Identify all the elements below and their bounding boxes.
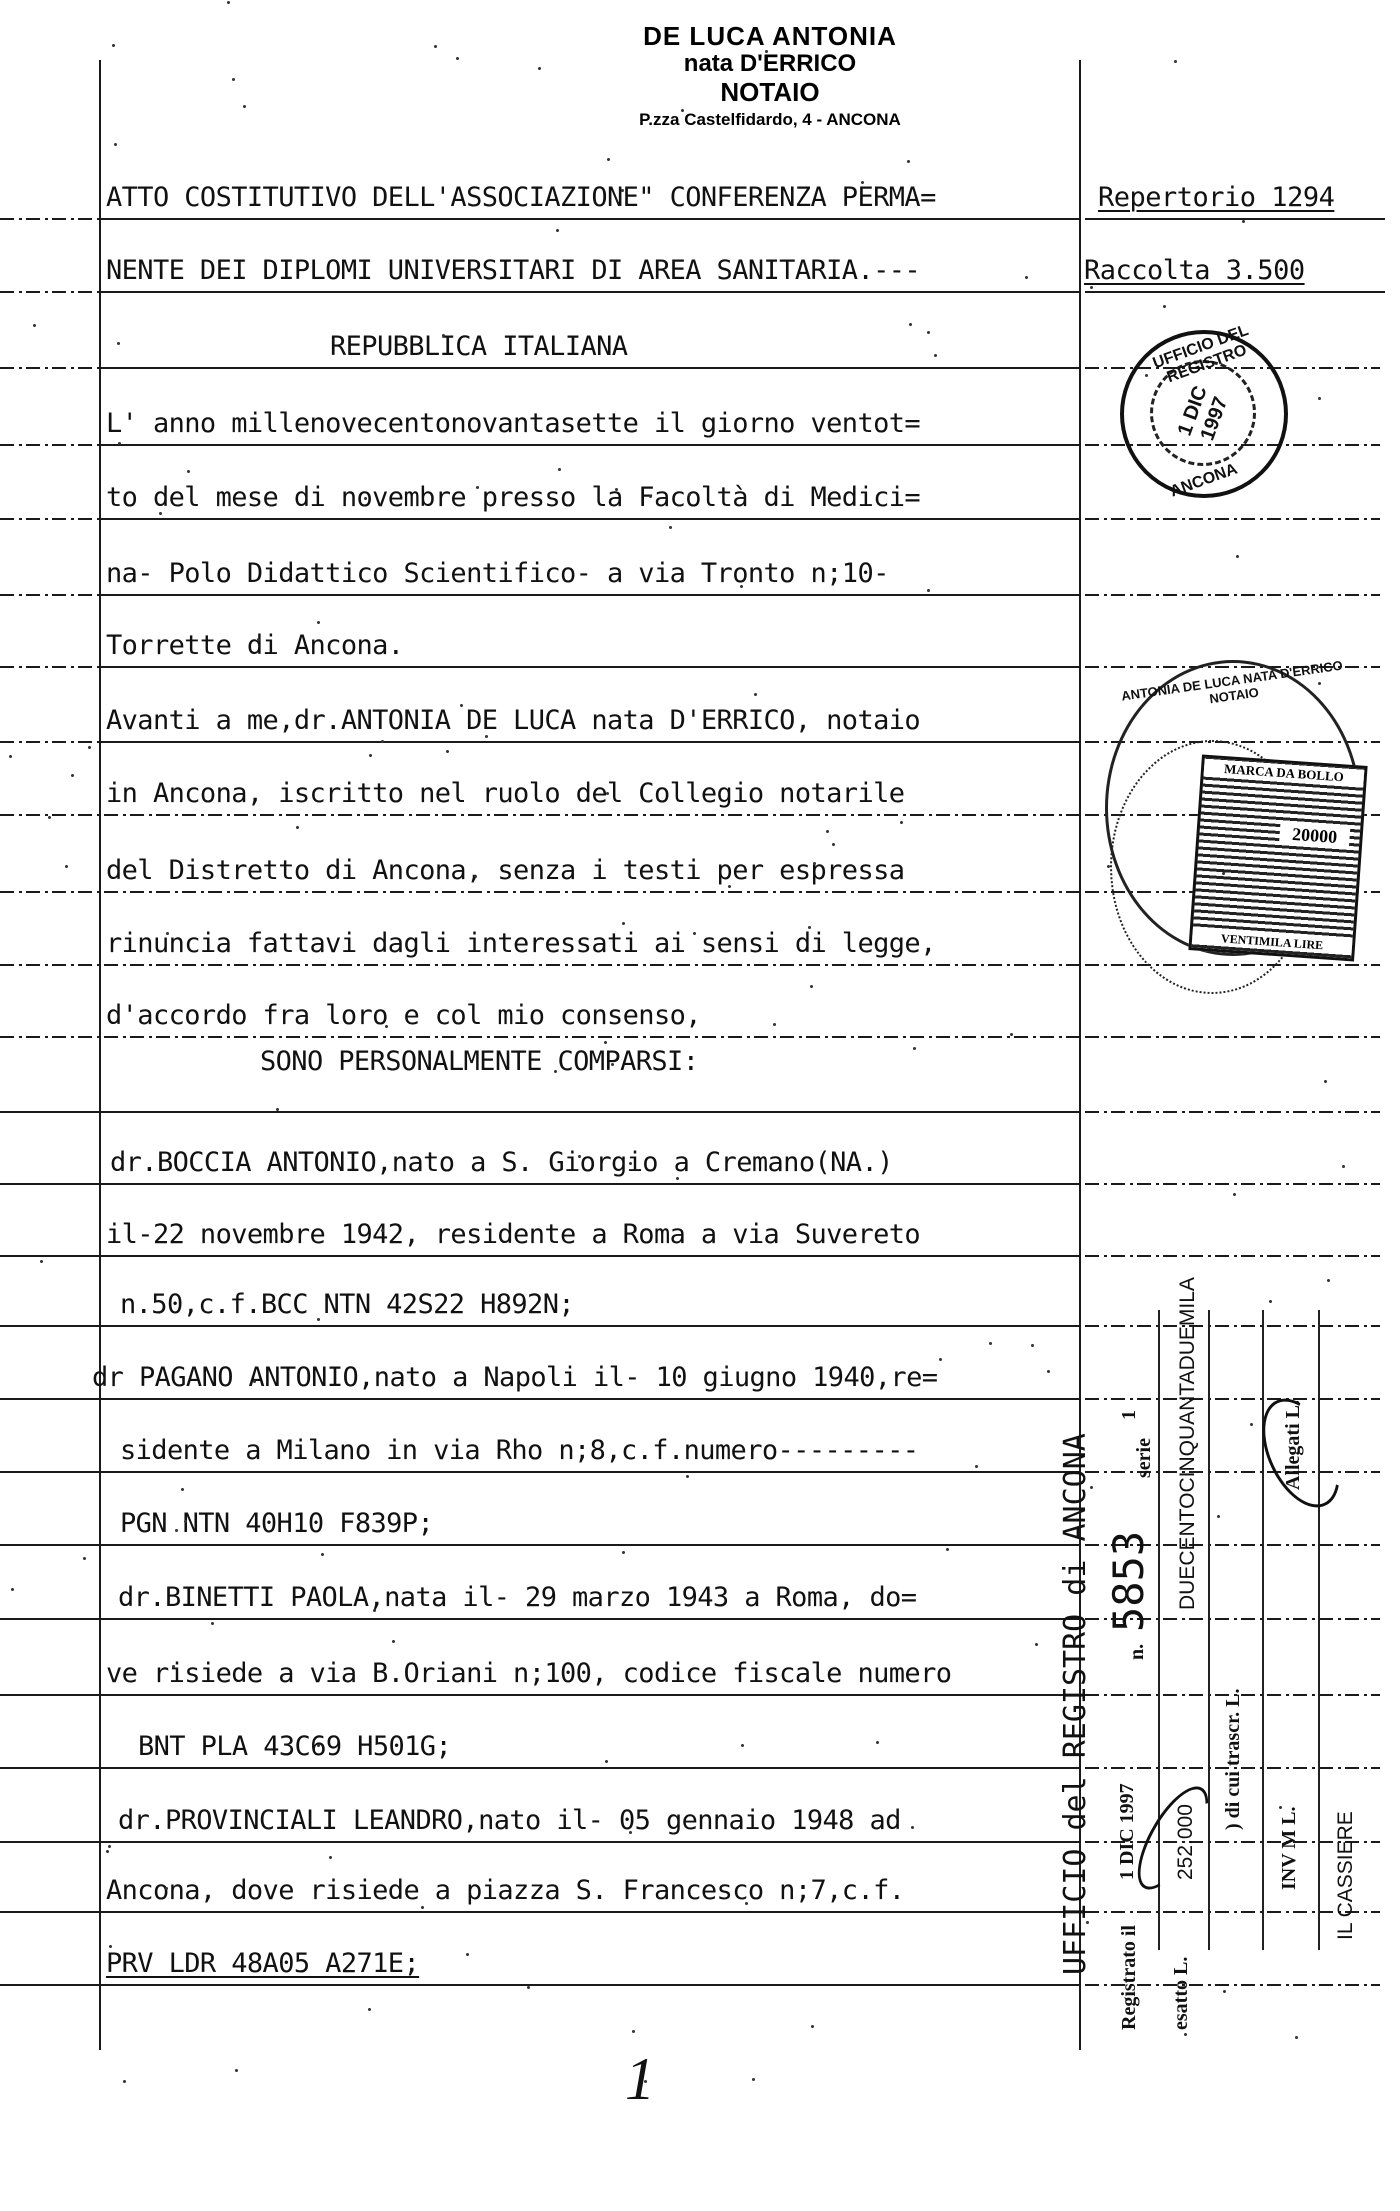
rule-line <box>1085 1255 1380 1257</box>
party-line: sidente a Milano in via Rho n;8,c.f.nume… <box>120 1435 918 1466</box>
speck <box>317 1318 320 1321</box>
rule-line <box>100 218 1080 220</box>
speck <box>118 442 121 445</box>
speck <box>392 1640 395 1643</box>
rule-line <box>0 1767 1080 1769</box>
party-line: dr PAGANO ANTONIO,nato a Napoli il- 10 g… <box>92 1362 937 1393</box>
party-line: Ancona, dove risiede a piazza S. Frances… <box>106 1875 904 1906</box>
rule-line <box>0 218 100 220</box>
rule-line <box>1085 1325 1380 1327</box>
speck <box>554 1070 557 1073</box>
rule-line <box>1085 218 1385 220</box>
speck <box>681 109 684 112</box>
rule-line <box>0 1618 1080 1620</box>
body-line: Torrette di Ancona. <box>106 630 403 661</box>
rule-line <box>0 1036 1080 1038</box>
speck <box>114 143 117 146</box>
repertorio-number: Repertorio 1294 <box>1098 182 1334 213</box>
speck <box>605 1760 608 1763</box>
speck <box>106 1850 109 1853</box>
revenue-stamp-words: VENTIMILA LIRE <box>1192 929 1353 954</box>
revenue-stamp-title: MARCA DA BOLLO <box>1204 760 1365 787</box>
rule-line <box>100 741 1080 743</box>
speck <box>939 1358 942 1361</box>
speck <box>876 1741 879 1744</box>
rule-line <box>0 1183 1080 1185</box>
speck <box>622 1551 625 1554</box>
speck <box>1250 1423 1253 1426</box>
rule-line <box>0 1911 1080 1913</box>
speck <box>1086 1921 1089 1924</box>
rule-line <box>0 1841 1080 1843</box>
speck <box>33 324 36 327</box>
speck <box>861 181 864 184</box>
speck <box>172 1665 175 1668</box>
speck <box>676 1177 679 1180</box>
rule-line <box>1085 518 1380 520</box>
speck <box>741 1744 744 1747</box>
speck <box>373 1609 376 1612</box>
registry-office-label: UFFICIO del REGISTRO di ANCONA <box>1058 1433 1093 1975</box>
rule-line <box>0 1984 1080 1986</box>
body-line: Avanti a me,dr.ANTONIA DE LUCA nata D'ER… <box>106 705 920 736</box>
rule-line <box>100 666 1080 668</box>
speck <box>181 1488 184 1491</box>
rule-line <box>0 1694 1080 1696</box>
speck <box>826 830 829 833</box>
speck <box>907 160 910 163</box>
amount-label: esatto L. <box>1170 1957 1193 2030</box>
rule-line <box>1085 1398 1380 1400</box>
speck <box>946 1548 949 1551</box>
speck <box>187 470 190 473</box>
body-line: del Distretto di Ancona, senza i testi p… <box>106 855 904 886</box>
speck <box>1047 1370 1050 1373</box>
speck <box>474 875 477 878</box>
speck <box>1233 1193 1236 1196</box>
speck <box>1090 1486 1093 1489</box>
speck <box>1324 1080 1327 1083</box>
speck <box>1025 276 1028 279</box>
rule-line <box>1085 594 1380 596</box>
body-line: rinuncia fattavi dagli interessati ai se… <box>106 928 936 959</box>
speck <box>227 1 230 4</box>
revenue-stamp-value: 20000 <box>1279 823 1350 849</box>
speck <box>235 2069 238 2072</box>
speck <box>1031 1344 1034 1347</box>
speck <box>728 885 731 888</box>
party-line: PRV LDR 48A05 A271E; <box>106 1948 419 1979</box>
speck <box>165 1887 168 1890</box>
speck <box>765 50 768 53</box>
speck <box>1174 60 1177 63</box>
speck <box>123 2080 126 2083</box>
registration-column-line <box>1318 1310 1320 1950</box>
section-heading-comparsi: SONO PERSONALMENTE COMPARSI: <box>260 1046 698 1077</box>
rule-line <box>0 367 100 369</box>
speck <box>644 2080 647 2083</box>
notary-stamp-maiden-name: nata D'ERRICO <box>600 50 940 78</box>
rule-line <box>1085 291 1385 293</box>
rule-line <box>0 444 100 446</box>
speck <box>276 1108 279 1111</box>
speck <box>604 1041 607 1044</box>
speck <box>900 821 903 824</box>
speck <box>65 865 68 868</box>
notary-stamp-address: P.zza Castelfidardo, 4 - ANCONA <box>600 106 940 134</box>
speck <box>421 1906 424 1909</box>
speck <box>476 486 479 489</box>
notary-stamp-name: DE LUCA ANTONIA <box>600 22 940 50</box>
speck <box>813 862 816 865</box>
speck <box>927 331 930 334</box>
rule-line <box>0 1255 1080 1257</box>
speck <box>1107 865 1110 868</box>
rule-line <box>100 291 1080 293</box>
speck <box>385 1025 388 1028</box>
speck <box>1295 2036 1298 2039</box>
speck <box>48 816 51 819</box>
series-value: 1 <box>1118 1410 1141 1420</box>
rule-line <box>100 594 1080 596</box>
speck <box>558 468 561 471</box>
speck <box>253 1380 256 1383</box>
speck <box>112 44 115 47</box>
speck <box>615 488 618 491</box>
speck <box>381 740 384 743</box>
speck <box>166 932 169 935</box>
speck <box>578 1155 581 1158</box>
speck <box>1163 305 1166 308</box>
speck <box>175 1529 178 1532</box>
speck <box>243 105 246 108</box>
body-line: d'accordo fra loro e col mio consenso, <box>106 1000 701 1031</box>
rule-line <box>0 1111 1080 1113</box>
speck <box>606 792 609 795</box>
speck <box>434 45 437 48</box>
speck <box>1035 1643 1038 1646</box>
speck <box>71 774 74 777</box>
speck <box>257 638 260 641</box>
speck <box>686 1475 689 1478</box>
speck <box>632 2030 635 2033</box>
speck <box>88 746 91 749</box>
speck <box>1145 374 1148 377</box>
speck <box>810 985 813 988</box>
rule-line <box>0 1325 1080 1327</box>
speck <box>368 2008 371 2011</box>
party-line: il-22 novembre 1942, residente a Roma a … <box>106 1219 920 1250</box>
speck <box>329 1856 332 1859</box>
speck <box>688 493 691 496</box>
speck <box>622 922 625 925</box>
speck <box>364 497 367 500</box>
speck <box>109 1945 112 1948</box>
speck <box>669 526 672 529</box>
registration-column-line <box>1262 1310 1264 1950</box>
speck <box>659 870 662 873</box>
speck <box>9 755 12 758</box>
speck <box>927 589 930 592</box>
registration-column-line <box>1208 1310 1210 1950</box>
speck <box>607 158 610 161</box>
party-line: dr.BINETTI PAOLA,nata il- 29 marzo 1943 … <box>118 1582 916 1613</box>
speck <box>1217 1515 1220 1518</box>
revenue-stamp: MARCA DA BOLLO 20000 VENTIMILA LIRE <box>1188 754 1367 961</box>
speck <box>1318 397 1321 400</box>
speck <box>754 693 757 696</box>
speck <box>456 57 459 60</box>
registered-label: Registrato il <box>1118 1925 1141 2030</box>
speck <box>296 826 299 829</box>
body-line: in Ancona, iscritto nel ruolo del Colleg… <box>106 778 904 809</box>
speck <box>466 1953 469 1956</box>
left-margin-line <box>99 60 101 2050</box>
speck <box>83 1557 86 1560</box>
rule-line <box>100 518 1080 520</box>
notary-stamp: DE LUCA ANTONIA nata D'ERRICO NOTAIO P.z… <box>600 22 940 134</box>
speck <box>1279 1806 1282 1809</box>
speck <box>1223 1990 1226 1993</box>
speck <box>1222 872 1225 875</box>
rule-line <box>0 666 100 668</box>
cashier-label: IL CASSIERE <box>1334 1811 1358 1940</box>
speck <box>40 1260 43 1263</box>
notary-stamp-title: NOTAIO <box>600 78 940 106</box>
speck <box>117 342 120 345</box>
speck <box>1342 1165 1345 1168</box>
speck <box>649 495 652 498</box>
speck <box>1327 1279 1330 1282</box>
rule-line <box>1085 1183 1380 1185</box>
notarial-deed-page: DE LUCA ANTONIA nata D'ERRICO NOTAIO P.z… <box>0 0 1400 2211</box>
speck <box>693 932 696 935</box>
rule-line <box>100 444 1080 446</box>
registered-date: 1 DIC 1997 <box>1116 1783 1139 1880</box>
speck <box>317 621 320 624</box>
amount-words: DUECENTOCINQUANTADUEMILA <box>1176 1277 1200 1610</box>
title-line-2: NENTE DEI DIPLOMI UNIVERSITARI DI AREA S… <box>106 255 920 286</box>
speck <box>808 926 811 929</box>
raccolta-number: Raccolta 3.500 <box>1084 255 1305 286</box>
speck <box>1236 555 1239 558</box>
speck <box>740 585 743 588</box>
speck <box>752 2078 755 2081</box>
speck <box>1318 682 1321 685</box>
page-mark: 1 <box>625 2045 655 2114</box>
rule-line <box>100 367 1080 369</box>
speck <box>621 189 624 192</box>
speck <box>1010 1033 1013 1036</box>
title-line-1: ATTO COSTITUTIVO DELL'ASSOCIAZIONE" CONF… <box>106 182 936 213</box>
speck <box>629 1831 632 1834</box>
speck <box>108 1845 111 1848</box>
rule-line <box>0 1471 1080 1473</box>
rule-line <box>0 891 1080 893</box>
speck <box>629 1162 632 1165</box>
speck <box>321 1553 324 1556</box>
transcription-label: ) di cui trascr. L. <box>1222 1689 1245 1830</box>
inv-label: INV M L. <box>1278 1806 1301 1890</box>
speck <box>1090 286 1093 289</box>
speck <box>1269 1300 1272 1303</box>
speck <box>913 1047 916 1050</box>
party-line: PGN NTN 40H10 F839P; <box>120 1508 433 1539</box>
speck <box>832 843 835 846</box>
rule-line <box>0 741 100 743</box>
speck <box>811 2025 814 2028</box>
speck <box>317 1744 320 1747</box>
rule-line <box>1085 1111 1380 1113</box>
speck <box>611 1063 614 1066</box>
body-line: na- Polo Didattico Scientifico- a via Tr… <box>106 558 889 589</box>
speck <box>460 704 463 707</box>
registry-round-stamp: UFFICIO DEL REGISTRO ANCONA 1 DIC 1997 <box>1120 330 1288 498</box>
rule-line <box>0 814 1080 816</box>
party-line: dr.BOCCIA ANTONIO,nato a S. Giorgio a Cr… <box>110 1147 893 1178</box>
speck <box>11 1588 14 1591</box>
party-line: n.50,c.f.BCC NTN 42S22 H892N; <box>120 1289 574 1320</box>
speck <box>909 323 912 326</box>
speck <box>745 1902 748 1905</box>
body-line: L' anno millenovecentonovantasette il gi… <box>106 408 920 439</box>
speck <box>934 354 937 357</box>
speck <box>911 1826 914 1829</box>
speck <box>975 1465 978 1468</box>
party-line: BNT PLA 43C69 H501G; <box>138 1731 451 1762</box>
speck <box>556 229 559 232</box>
speck <box>538 67 541 70</box>
rule-line <box>0 518 100 520</box>
speck <box>989 1342 992 1345</box>
speck <box>211 1622 214 1625</box>
rule-line <box>0 1398 1080 1400</box>
speck <box>159 512 162 515</box>
speck <box>485 735 488 738</box>
republic-heading: REPUBBLICA ITALIANA <box>330 331 627 362</box>
speck <box>446 750 449 753</box>
speck <box>773 1023 776 1026</box>
party-line: dr.PROVINCIALI LEANDRO,nato il- 05 genna… <box>118 1805 901 1836</box>
party-line: ve risiede a via B.Oriani n;100, codice … <box>106 1658 951 1689</box>
rule-line <box>0 1544 1080 1546</box>
registration-number: 5853 <box>1104 1531 1153 1632</box>
speck <box>184 1520 187 1523</box>
rule-line <box>0 594 100 596</box>
body-line: to del mese di novembre presso la Facolt… <box>106 482 920 513</box>
speck <box>527 1986 530 1989</box>
rule-line <box>0 291 100 293</box>
speck <box>1184 2033 1187 2036</box>
rule-line <box>0 964 1080 966</box>
speck <box>442 334 445 337</box>
speck <box>369 754 372 757</box>
rule-line <box>1085 1036 1380 1038</box>
speck <box>232 78 235 81</box>
speck <box>1242 220 1245 223</box>
series-label: serie <box>1133 1438 1156 1478</box>
speck <box>381 1229 384 1232</box>
number-prefix: n. <box>1126 1644 1149 1660</box>
